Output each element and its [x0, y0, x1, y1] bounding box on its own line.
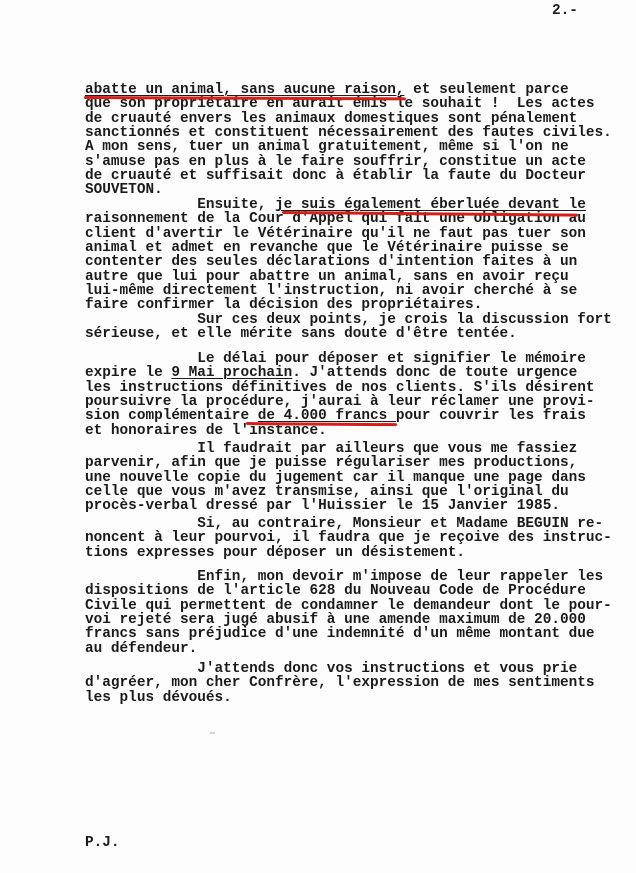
text-line: tions expresses pour déposer un désistem… [85, 546, 612, 560]
text-line: animal et admet en revanche que le Vétér… [85, 241, 586, 255]
text-line: dispositions de l'article 628 du Nouveau… [85, 584, 612, 598]
text-line: SOUVETON. [85, 183, 612, 197]
text-segment: SOUVETON. [85, 182, 163, 198]
paragraph: Sur ces deux points, je crois la discuss… [85, 313, 612, 342]
text-line: Le délai pour déposer et signifier le mé… [85, 352, 595, 366]
text-line: parvenir, afin que je puisse régulariser… [85, 456, 586, 470]
text-line: celle que vous m'avez transmise, ainsi q… [85, 485, 586, 499]
text-segment: faire confirmer la décision des propriét… [85, 297, 482, 313]
text-segment: au défendeur. [85, 641, 197, 657]
text-line: une nouvelle copie du jugement car il ma… [85, 471, 586, 485]
text-line: faire confirmer la décision des propriét… [85, 298, 586, 312]
text-line: les plus dévoués. [85, 691, 595, 705]
scan-artifact-speck [210, 732, 215, 734]
text-segment: procès-verbal dressé par l'Huissier le 1… [85, 498, 560, 514]
text-line: voi rejeté sera jugé abusif à une amende… [85, 613, 612, 627]
paragraph: J'attends donc vos instructions et vous … [85, 662, 595, 705]
text-line: procès-verbal dressé par l'Huissier le 1… [85, 499, 586, 513]
text-line: A mon sens, tuer un animal gratuitement,… [85, 140, 612, 154]
enclosure-note: P.J. [85, 836, 120, 850]
paragraph: Si, au contraire, Monsieur et Madame BEG… [85, 517, 612, 560]
text-line: sérieuse, et elle mérite sans doute d'êt… [85, 327, 612, 341]
text-segment: tions expresses pour déposer un désistem… [85, 545, 465, 561]
text-line: Ensuite, je suis également éberluée deva… [85, 198, 586, 212]
text-line: Si, au contraire, Monsieur et Madame BEG… [85, 517, 612, 531]
text-line: J'attends donc vos instructions et vous … [85, 662, 595, 676]
paragraph: Il faudrait par ailleurs que vous me fas… [85, 442, 586, 514]
paragraph: Enfin, mon devoir m'impose de leur rappe… [85, 570, 612, 656]
scanned-letter-page: 2.- abatte un animal, sans aucune raison… [0, 0, 636, 873]
text-line: sion complémentaire de 4.000 francs pour… [85, 409, 595, 423]
text-segment: pour couvrir les frais [396, 408, 586, 424]
paragraph: abatte un animal, sans aucune raison, et… [85, 83, 612, 198]
text-line: autre que lui pour abattre un animal, sa… [85, 270, 586, 284]
text-segment: sérieuse, et elle mérite sans doute d'êt… [85, 326, 517, 342]
text-line: client d'avertir le Vétérinaire qu'il ne… [85, 227, 586, 241]
text-line: les instructions définitives de nos clie… [85, 381, 595, 395]
text-line: et honoraires de l'instance. [85, 424, 595, 438]
text-line: expire le 9 Mai prochain. J'attends donc… [85, 366, 595, 380]
text-line: noncent à leur pourvoi, il faudra que je… [85, 531, 612, 545]
text-line: francs sans préjudice d'une indemnité d'… [85, 627, 612, 641]
text-line: lui-même directement l'instruction, ni a… [85, 284, 586, 298]
text-line: abatte un animal, sans aucune raison, et… [85, 83, 612, 97]
text-line: au défendeur. [85, 642, 612, 656]
text-line: de cruauté et suffisait donc à établir l… [85, 169, 612, 183]
text-line: Civile qui permettent de condamner le de… [85, 599, 612, 613]
text-line: d'agréer, mon cher Confrère, l'expressio… [85, 676, 595, 690]
text-line: sanctionnés et constituent nécessairemen… [85, 126, 612, 140]
text-line: poursuivre la procédure, j'aurai à leur … [85, 395, 595, 409]
page-number: 2.- [552, 4, 578, 18]
text-line: s'amuse pas en plus à le faire souffrir,… [85, 155, 612, 169]
text-line: de cruauté envers les animaux domestique… [85, 112, 612, 126]
text-line: contenter des seules déclarations d'inte… [85, 255, 586, 269]
text-segment: les plus dévoués. [85, 690, 232, 706]
text-line: Il faudrait par ailleurs que vous me fas… [85, 442, 586, 456]
text-line: Sur ces deux points, je crois la discuss… [85, 313, 612, 327]
text-line: Enfin, mon devoir m'impose de leur rappe… [85, 570, 612, 584]
